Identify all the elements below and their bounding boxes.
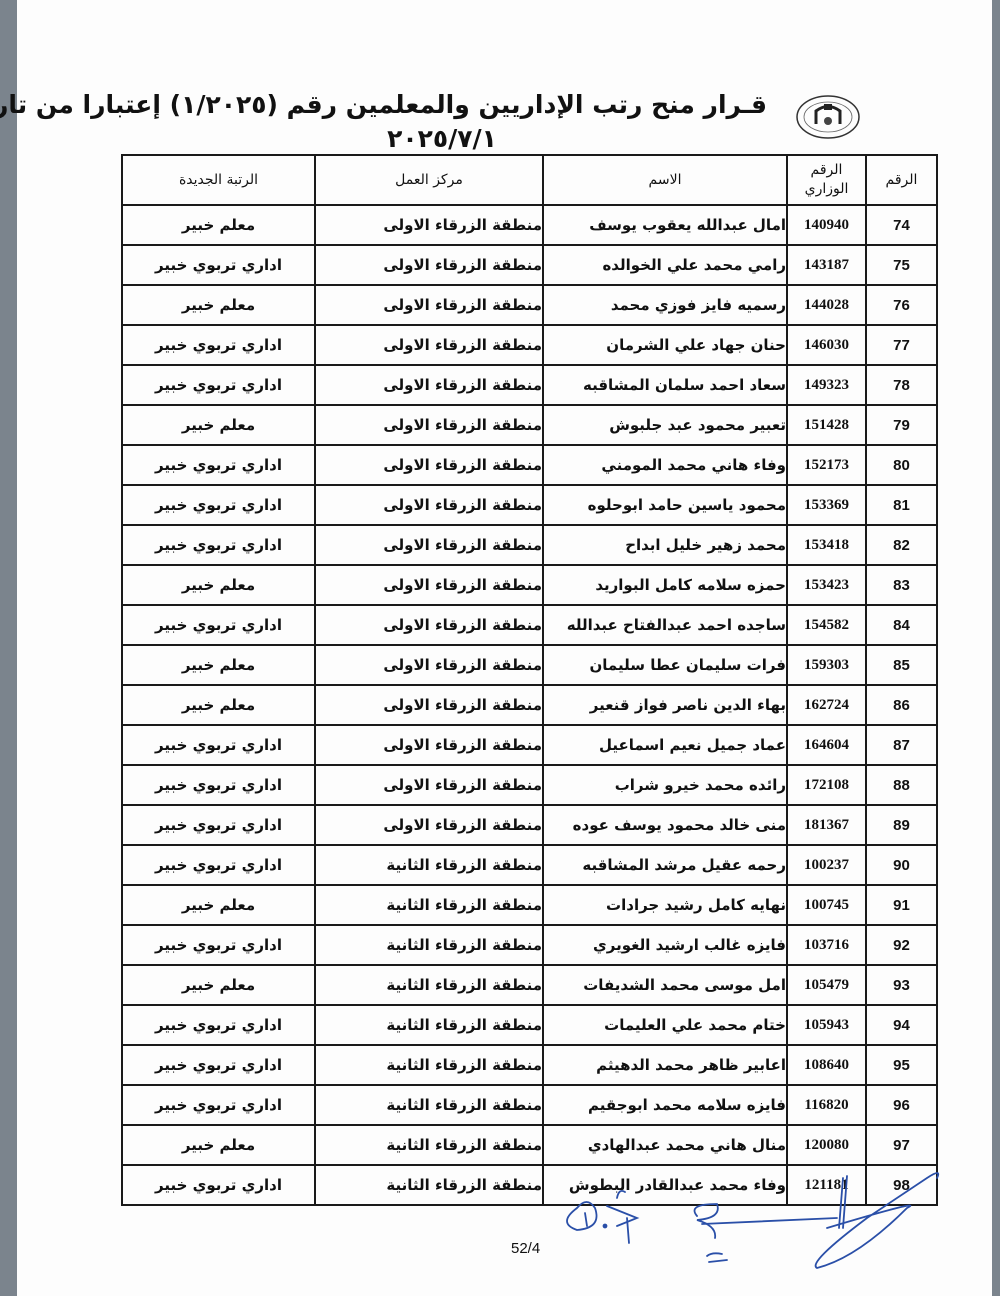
table-row: 76144028رسميه فايز فوزي محمدمنطقة الزرقا… xyxy=(122,285,937,325)
row-index: 90 xyxy=(866,845,937,885)
employee-name: محمود ياسين حامد ابوحلوه xyxy=(543,485,787,525)
table-row: 92103716فايزه غالب ارشيد الغويريمنطقة ال… xyxy=(122,925,937,965)
ranks-table: الرقم الرقم الوزاري الاسم مركز العمل الر… xyxy=(121,154,938,1206)
work-center: منطقة الزرقاء الاولى xyxy=(315,445,543,485)
ministry-emblem-icon xyxy=(796,94,860,140)
work-center: منطقة الزرقاء الاولى xyxy=(315,645,543,685)
row-index: 74 xyxy=(866,205,937,245)
work-center: منطقة الزرقاء الاولى xyxy=(315,765,543,805)
work-center: منطقة الزرقاء الاولى xyxy=(315,485,543,525)
new-rank: معلم خبير xyxy=(122,405,315,445)
ministry-number: 181367 xyxy=(787,805,866,845)
row-index: 88 xyxy=(866,765,937,805)
new-rank: معلم خبير xyxy=(122,645,315,685)
employee-name: عماد جميل نعيم اسماعيل xyxy=(543,725,787,765)
table-row: 79151428تعبير محمود عبد جلبوشمنطقة الزرق… xyxy=(122,405,937,445)
document-page: قـرار منح رتب الإداريين والمعلمين رقم (١… xyxy=(17,0,992,1296)
new-rank: معلم خبير xyxy=(122,965,315,1005)
new-rank: اداري تربوي خبير xyxy=(122,805,315,845)
new-rank: اداري تربوي خبير xyxy=(122,1045,315,1085)
employee-name: منال هاني محمد عبدالهادي xyxy=(543,1125,787,1165)
new-rank: معلم خبير xyxy=(122,1125,315,1165)
employee-name: رامي محمد علي الخوالده xyxy=(543,245,787,285)
table-header-row: الرقم الرقم الوزاري الاسم مركز العمل الر… xyxy=(122,155,937,205)
new-rank: اداري تربوي خبير xyxy=(122,1085,315,1125)
new-rank: اداري تربوي خبير xyxy=(122,925,315,965)
work-center: منطقة الزرقاء الاولى xyxy=(315,325,543,365)
ministry-number: 154582 xyxy=(787,605,866,645)
ministry-number: 172108 xyxy=(787,765,866,805)
employee-name: وفاء هاني محمد المومني xyxy=(543,445,787,485)
employee-name: ختام محمد علي العليمات xyxy=(543,1005,787,1045)
ministry-number: 100745 xyxy=(787,885,866,925)
new-rank: معلم خبير xyxy=(122,565,315,605)
new-rank: اداري تربوي خبير xyxy=(122,365,315,405)
page-number: 52/4 xyxy=(511,1240,540,1257)
title-line-1: قـرار منح رتب الإداريين والمعلمين رقم (١… xyxy=(117,88,767,122)
row-index: 91 xyxy=(866,885,937,925)
table-row: 97120080منال هاني محمد عبدالهاديمنطقة ال… xyxy=(122,1125,937,1165)
ministry-number: 120080 xyxy=(787,1125,866,1165)
work-center: منطقة الزرقاء الثانية xyxy=(315,885,543,925)
employee-name: بهاء الدين ناصر فواز قنعير xyxy=(543,685,787,725)
page-title: قـرار منح رتب الإداريين والمعلمين رقم (١… xyxy=(117,88,767,156)
employee-name: محمد زهير خليل ابداح xyxy=(543,525,787,565)
row-index: 89 xyxy=(866,805,937,845)
row-index: 93 xyxy=(866,965,937,1005)
row-index: 87 xyxy=(866,725,937,765)
employee-name: فرات سليمان عطا سليمان xyxy=(543,645,787,685)
work-center: منطقة الزرقاء الثانية xyxy=(315,1045,543,1085)
table-row: 88172108رائده محمد خيرو شرابمنطقة الزرقا… xyxy=(122,765,937,805)
ministry-number: 105943 xyxy=(787,1005,866,1045)
new-rank: اداري تربوي خبير xyxy=(122,765,315,805)
new-rank: معلم خبير xyxy=(122,885,315,925)
header-name: الاسم xyxy=(543,155,787,205)
table-row: 81153369محمود ياسين حامد ابوحلوهمنطقة ال… xyxy=(122,485,937,525)
title-date: ٢٠٢٥/٧/١ xyxy=(117,122,767,156)
ministry-number: 143187 xyxy=(787,245,866,285)
ministry-number: 153423 xyxy=(787,565,866,605)
table-row: 84154582ساجده احمد عبدالفتاح عبداللهمنطق… xyxy=(122,605,937,645)
ministry-number: 100237 xyxy=(787,845,866,885)
row-index: 92 xyxy=(866,925,937,965)
header-ministry-number: الرقم الوزاري xyxy=(787,155,866,205)
new-rank: اداري تربوي خبير xyxy=(122,485,315,525)
new-rank: معلم خبير xyxy=(122,285,315,325)
row-index: 96 xyxy=(866,1085,937,1125)
table-row: 93105479امل موسى محمد الشديفاتمنطقة الزر… xyxy=(122,965,937,1005)
work-center: منطقة الزرقاء الاولى xyxy=(315,805,543,845)
row-index: 85 xyxy=(866,645,937,685)
new-rank: اداري تربوي خبير xyxy=(122,245,315,285)
row-index: 76 xyxy=(866,285,937,325)
work-center: منطقة الزرقاء الثانية xyxy=(315,1085,543,1125)
ministry-number: 164604 xyxy=(787,725,866,765)
work-center: منطقة الزرقاء الاولى xyxy=(315,565,543,605)
work-center: منطقة الزرقاء الاولى xyxy=(315,405,543,445)
table-row: 95108640اعابير ظاهر محمد الدهيثممنطقة ال… xyxy=(122,1045,937,1085)
table-row: 82153418محمد زهير خليل ابداحمنطقة الزرقا… xyxy=(122,525,937,565)
employee-name: رحمه عقيل مرشد المشاقبه xyxy=(543,845,787,885)
employee-name: فايزه غالب ارشيد الغويري xyxy=(543,925,787,965)
employee-name: ساجده احمد عبدالفتاح عبدالله xyxy=(543,605,787,645)
row-index: 79 xyxy=(866,405,937,445)
row-index: 84 xyxy=(866,605,937,645)
new-rank: اداري تربوي خبير xyxy=(122,845,315,885)
new-rank: اداري تربوي خبير xyxy=(122,525,315,565)
new-rank: اداري تربوي خبير xyxy=(122,1165,315,1205)
work-center: منطقة الزرقاء الثانية xyxy=(315,1125,543,1165)
work-center: منطقة الزرقاء الاولى xyxy=(315,245,543,285)
employee-name: تعبير محمود عبد جلبوش xyxy=(543,405,787,445)
header-index: الرقم xyxy=(866,155,937,205)
row-index: 94 xyxy=(866,1005,937,1045)
table-row: 78149323سعاد احمد سلمان المشاقبهمنطقة ال… xyxy=(122,365,937,405)
table-row: 85159303فرات سليمان عطا سليمانمنطقة الزر… xyxy=(122,645,937,685)
employee-name: سعاد احمد سلمان المشاقبه xyxy=(543,365,787,405)
row-index: 82 xyxy=(866,525,937,565)
row-index: 77 xyxy=(866,325,937,365)
work-center: منطقة الزرقاء الاولى xyxy=(315,285,543,325)
table-row: 94105943ختام محمد علي العليماتمنطقة الزر… xyxy=(122,1005,937,1045)
employee-name: منى خالد محمود يوسف عوده xyxy=(543,805,787,845)
row-index: 81 xyxy=(866,485,937,525)
employee-name: امل موسى محمد الشديفات xyxy=(543,965,787,1005)
employee-name: حنان جهاد علي الشرمان xyxy=(543,325,787,365)
table-row: 96116820فايزه سلامه محمد ابوجقيممنطقة ال… xyxy=(122,1085,937,1125)
ministry-number: 146030 xyxy=(787,325,866,365)
ministry-number: 105479 xyxy=(787,965,866,1005)
ministry-number: 153418 xyxy=(787,525,866,565)
work-center: منطقة الزرقاء الثانية xyxy=(315,845,543,885)
employee-name: حمزه سلامه كامل البواريد xyxy=(543,565,787,605)
row-index: 78 xyxy=(866,365,937,405)
work-center: منطقة الزرقاء الاولى xyxy=(315,365,543,405)
work-center: منطقة الزرقاء الاولى xyxy=(315,605,543,645)
table-row: 91100745نهايه كامل رشيد جراداتمنطقة الزر… xyxy=(122,885,937,925)
work-center: منطقة الزرقاء الثانية xyxy=(315,925,543,965)
new-rank: اداري تربوي خبير xyxy=(122,725,315,765)
row-index: 80 xyxy=(866,445,937,485)
table-row: 89181367منى خالد محمود يوسف عودهمنطقة ال… xyxy=(122,805,937,845)
table-row: 80152173وفاء هاني محمد المومنيمنطقة الزر… xyxy=(122,445,937,485)
work-center: منطقة الزرقاء الاولى xyxy=(315,205,543,245)
table-row: 90100237رحمه عقيل مرشد المشاقبهمنطقة الز… xyxy=(122,845,937,885)
signatures xyxy=(547,1168,977,1288)
new-rank: اداري تربوي خبير xyxy=(122,325,315,365)
new-rank: معلم خبير xyxy=(122,205,315,245)
work-center: منطقة الزرقاء الثانية xyxy=(315,965,543,1005)
employee-name: امال عبدالله يعقوب يوسف xyxy=(543,205,787,245)
ministry-number: 152173 xyxy=(787,445,866,485)
ministry-number: 144028 xyxy=(787,285,866,325)
row-index: 83 xyxy=(866,565,937,605)
ministry-number: 153369 xyxy=(787,485,866,525)
header-new-rank: الرتبة الجديدة xyxy=(122,155,315,205)
work-center: منطقة الزرقاء الاولى xyxy=(315,525,543,565)
employee-name: اعابير ظاهر محمد الدهيثم xyxy=(543,1045,787,1085)
ministry-number: 108640 xyxy=(787,1045,866,1085)
ministry-number: 149323 xyxy=(787,365,866,405)
employee-name: نهايه كامل رشيد جرادات xyxy=(543,885,787,925)
row-index: 75 xyxy=(866,245,937,285)
row-index: 95 xyxy=(866,1045,937,1085)
work-center: منطقة الزرقاء الثانية xyxy=(315,1165,543,1205)
ministry-number: 159303 xyxy=(787,645,866,685)
row-index: 97 xyxy=(866,1125,937,1165)
table-row: 77146030حنان جهاد علي الشرمانمنطقة الزرق… xyxy=(122,325,937,365)
employee-name: رسميه فايز فوزي محمد xyxy=(543,285,787,325)
ministry-number: 151428 xyxy=(787,405,866,445)
work-center: منطقة الزرقاء الثانية xyxy=(315,1005,543,1045)
employee-name: رائده محمد خيرو شراب xyxy=(543,765,787,805)
new-rank: اداري تربوي خبير xyxy=(122,445,315,485)
table-row: 75143187رامي محمد علي الخوالدهمنطقة الزر… xyxy=(122,245,937,285)
row-index: 86 xyxy=(866,685,937,725)
work-center: منطقة الزرقاء الاولى xyxy=(315,725,543,765)
ministry-number: 140940 xyxy=(787,205,866,245)
new-rank: اداري تربوي خبير xyxy=(122,605,315,645)
new-rank: معلم خبير xyxy=(122,685,315,725)
table-row: 87164604عماد جميل نعيم اسماعيلمنطقة الزر… xyxy=(122,725,937,765)
work-center: منطقة الزرقاء الاولى xyxy=(315,685,543,725)
ministry-number: 116820 xyxy=(787,1085,866,1125)
ministry-number: 162724 xyxy=(787,685,866,725)
employee-name: فايزه سلامه محمد ابوجقيم xyxy=(543,1085,787,1125)
table-row: 86162724بهاء الدين ناصر فواز قنعيرمنطقة … xyxy=(122,685,937,725)
header-work-center: مركز العمل xyxy=(315,155,543,205)
ministry-number: 103716 xyxy=(787,925,866,965)
table-row: 74140940امال عبدالله يعقوب يوسفمنطقة الز… xyxy=(122,205,937,245)
table-row: 83153423حمزه سلامه كامل البواريدمنطقة ال… xyxy=(122,565,937,605)
new-rank: اداري تربوي خبير xyxy=(122,1005,315,1045)
